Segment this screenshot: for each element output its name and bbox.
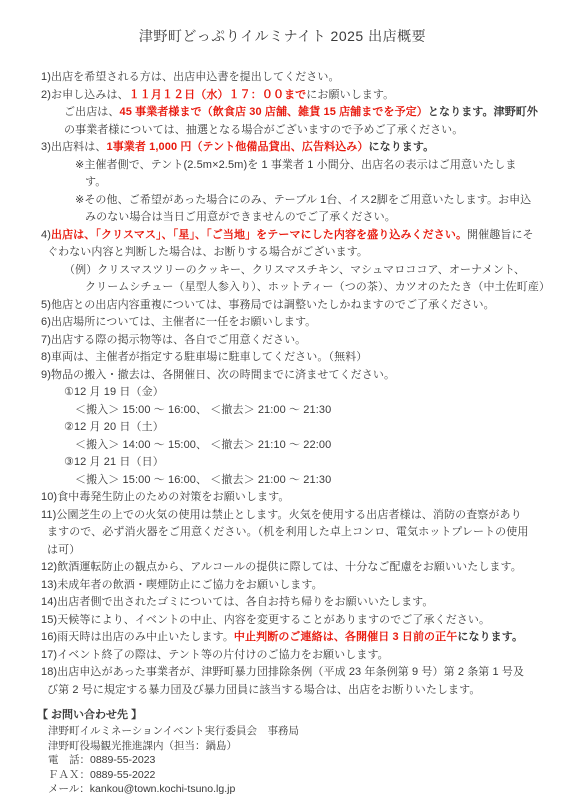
document-line: 18)出店申込があった事業者が、津野町暴力団排除条例（平成 23 年条例第 9 …: [0, 664, 565, 682]
document-line: 11)公園芝生の上での火気の使用は禁止とします。火気を使用する出店者様は、消防の…: [0, 507, 565, 525]
document-line: ご出店は、45 事業者様まで（飲食店 30 店舗、雑貨 15 店舗までを予定）と…: [0, 104, 565, 122]
text-segment: ＜搬入＞ 15:00 ～ 16:00、 ＜撤去＞ 21:00 ～ 21:30: [75, 474, 331, 486]
document-line: ※主催者側で、テント(2.5m×2.5m)を 1 事業者 1 小間分、出店名の表…: [0, 157, 565, 175]
document-line: ②12 月 20 日（土）: [0, 419, 565, 437]
text-segment: になります。: [457, 631, 523, 643]
document-line: （例）クリスマスツリーのクッキー、クリスマスチキン、マシュマロココア、オーナメン…: [0, 262, 565, 280]
document-line: 16)雨天時は出店のみ中止いたします。中止判断のご連絡は、各開催日 3 日前の正…: [0, 629, 565, 647]
text-segment: 1)出店を希望される方は、出店申込書を提出してください。: [41, 71, 340, 83]
text-segment: す。: [85, 176, 106, 188]
text-segment: 12)飲酒運転防止の観点から、アルコールの提供に際しては、十分なご配慮をお願いい…: [41, 561, 522, 573]
text-segment: ぐわない内容と判断した場合は、お断りする場合がございます。: [47, 246, 368, 258]
text-segment: 13)未成年者の飲酒・喫煙防止にご協力をお願いします。: [41, 579, 323, 591]
text-segment: クリームシチュー（星型人参入り）、ホットティー（つの茶）、カツオのたたき（中土佐…: [85, 281, 550, 293]
contact-line: 電 話：0889-55-2023: [37, 753, 545, 768]
document-line: 13)未成年者の飲酒・喫煙防止にご協力をお願いします。: [0, 577, 565, 595]
text-segment: 9)物品の搬入・撤去は、各開催日、次の時間までに済ませてください。: [41, 369, 395, 381]
document-line: 7)出店する際の掲示物等は、各自でご用意ください。: [0, 332, 565, 350]
contact-lines: 津野町イルミネーションイベント実行委員会 事務局津野町役場観光推進課内（担当：鍋…: [37, 724, 545, 797]
document-line: ＜搬入＞ 14:00 ～ 15:00、 ＜撤去＞ 21:10 ～ 22:00: [0, 437, 565, 455]
text-segment: にお願いします。: [306, 89, 394, 101]
document-title: 津野町どっぷりイルミナイト 2025 出店概要: [0, 26, 565, 46]
text-segment: 15)天候等により、イベントの中止、内容を変更することがありますのでご了承くださ…: [41, 614, 490, 626]
document-line: ①12 月 19 日（金）: [0, 384, 565, 402]
document-line: 3)出店料は、1事業者 1,000 円（テント他備品貸出、広告料込み）になります…: [0, 139, 565, 157]
document-line: す。: [0, 174, 565, 192]
text-segment: 4): [41, 229, 51, 241]
document-line: 12)飲酒運転防止の観点から、アルコールの提供に際しては、十分なご配慮をお願いい…: [0, 559, 565, 577]
text-segment: となります。津野町外: [428, 106, 538, 118]
text-segment: 10)食中毒発生防止のための対策をお願いします。: [41, 491, 289, 503]
document-page: 津野町どっぷりイルミナイト 2025 出店概要 1)出店を希望される方は、出店申…: [0, 0, 565, 800]
contact-line: ＦＡＸ：0889-55-2022: [37, 768, 545, 783]
text-segment: 7)出店する際の掲示物等は、各自でご用意ください。: [41, 334, 306, 346]
emphasized-text: 中止判断のご連絡は、各開催日 3 日前の正午: [234, 631, 457, 643]
text-segment: ＜搬入＞ 14:00 ～ 15:00、 ＜撤去＞ 21:10 ～ 22:00: [75, 439, 331, 451]
document-line: ＜搬入＞ 15:00 ～ 16:00、 ＜撤去＞ 21:00 ～ 21:30: [0, 472, 565, 490]
document-line: クリームシチュー（星型人参入り）、ホットティー（つの茶）、カツオのたたき（中土佐…: [0, 279, 565, 297]
document-line: ますので、必ず消火器をご用意ください。（机を利用した卓上コンロ、電気ホットプレー…: [0, 524, 565, 542]
emphasized-text: １１月１２日（水）１７：００まで: [129, 89, 307, 101]
document-line: 6)出店場所については、主催者に一任をお願いします。: [0, 314, 565, 332]
document-line: 10)食中毒発生防止のための対策をお願いします。: [0, 489, 565, 507]
document-line: 1)出店を希望される方は、出店申込書を提出してください。: [0, 69, 565, 87]
document-line: 8)車両は、主催者が指定する駐車場に駐車してください。（無料）: [0, 349, 565, 367]
contact-line: メール：kankou@town.kochi-tsuno.lg.jp: [37, 782, 545, 797]
contact-line: 津野町役場観光推進課内（担当：鍋島）: [37, 739, 545, 754]
emphasized-text: 45 事業者様まで（飲食店 30 店舗、雑貨 15 店舗までを予定）: [120, 106, 428, 118]
document-line: 2)お申し込みは、１１月１２日（水）１７：００までにお願いします。: [0, 87, 565, 105]
document-line: 5)他店との出店内容重複については、事務局では調整いたしかねますのでご了承くださ…: [0, 297, 565, 315]
text-segment: 8)車両は、主催者が指定する駐車場に駐車してください。（無料）: [41, 351, 367, 363]
text-segment: ますので、必ず消火器をご用意ください。（机を利用した卓上コンロ、電気ホットプレー…: [47, 526, 528, 538]
text-segment: 11)公園芝生の上での火気の使用は禁止とします。火気を使用する出店者様は、消防の…: [41, 509, 522, 521]
document-line: ③12 月 21 日（日）: [0, 454, 565, 472]
contact-heading: 【 お問い合わせ先 】: [37, 706, 545, 724]
text-segment: ③12 月 21 日（日）: [64, 456, 164, 468]
document-line: び第 2 号に規定する暴力団及び暴力団員に該当する場合は、出店をお断りいたします…: [0, 682, 565, 700]
emphasized-text: 出店は、「クリスマス」、「星」、「ご当地」をテーマにした内容を盛り込みください。: [51, 229, 467, 241]
text-segment: みのない場合は当日ご用意ができませんのでご了承ください。: [85, 211, 396, 223]
text-segment: 18)出店申込があった事業者が、津野町暴力団排除条例（平成 23 年条例第 9 …: [41, 666, 524, 678]
text-segment: 開催趣旨にそ: [467, 229, 534, 241]
text-segment: び第 2 号に規定する暴力団及び暴力団員に該当する場合は、出店をお断りいたします…: [47, 684, 480, 696]
text-segment: 3)出店料は、: [41, 141, 106, 153]
emphasized-text: 1事業者 1,000 円（テント他備品貸出、広告料込み）: [106, 141, 368, 153]
document-line: 15)天候等により、イベントの中止、内容を変更することがありますのでご了承くださ…: [0, 612, 565, 630]
text-segment: 17)イベント終了の際は、テント等の片付けのご協力をお願いします。: [41, 649, 389, 661]
text-segment: （例）クリスマスツリーのクッキー、クリスマスチキン、マシュマロココア、オーナメン…: [64, 264, 525, 276]
text-segment: は可）: [47, 544, 80, 556]
contact-line: 津野町イルミネーションイベント実行委員会 事務局: [37, 724, 545, 739]
text-segment: 14)出店者側で出されたゴミについては、各自お持ち帰りをお願いいたします。: [41, 596, 434, 608]
contact-section: 【 お問い合わせ先 】 津野町イルミネーションイベント実行委員会 事務局津野町役…: [37, 706, 545, 797]
document-line: ＜搬入＞ 15:00 ～ 16:00、 ＜撤去＞ 21:00 ～ 21:30: [0, 402, 565, 420]
text-segment: ご出店は、: [64, 106, 120, 118]
document-line: 17)イベント終了の際は、テント等の片付けのご協力をお願いします。: [0, 647, 565, 665]
document-line: の事業者様については、抽選となる場合がございますので予めご了承ください。: [0, 122, 565, 140]
document-line: 14)出店者側で出されたゴミについては、各自お持ち帰りをお願いいたします。: [0, 594, 565, 612]
document-line: は可）: [0, 542, 565, 560]
document-line: 9)物品の搬入・撤去は、各開催日、次の時間までに済ませてください。: [0, 367, 565, 385]
text-segment: になります。: [369, 141, 435, 153]
text-segment: ※主催者側で、テント(2.5m×2.5m)を 1 事業者 1 小間分、出店名の表…: [75, 159, 516, 171]
text-segment: 6)出店場所については、主催者に一任をお願いします。: [41, 316, 316, 328]
text-segment: の事業者様については、抽選となる場合がございますので予めご了承ください。: [64, 124, 463, 136]
document-line: ※その他、ご希望があった場合にのみ、テーブル 1台、イス2脚をご用意いたします。…: [0, 192, 565, 210]
text-segment: ※その他、ご希望があった場合にのみ、テーブル 1台、イス2脚をご用意いたします。…: [75, 194, 531, 206]
text-segment: ①12 月 19 日（金）: [64, 386, 164, 398]
text-segment: ＜搬入＞ 15:00 ～ 16:00、 ＜撤去＞ 21:00 ～ 21:30: [75, 404, 331, 416]
text-segment: 2)お申し込みは、: [41, 89, 129, 101]
text-segment: 16)雨天時は出店のみ中止いたします。: [41, 631, 234, 643]
text-segment: ②12 月 20 日（土）: [64, 421, 164, 433]
document-body: 1)出店を希望される方は、出店申込書を提出してください。2)お申し込みは、１１月…: [0, 69, 565, 699]
document-line: 4)出店は、「クリスマス」、「星」、「ご当地」をテーマにした内容を盛り込みくださ…: [0, 227, 565, 245]
document-line: みのない場合は当日ご用意ができませんのでご了承ください。: [0, 209, 565, 227]
text-segment: 5)他店との出店内容重複については、事務局では調整いたしかねますのでご了承くださ…: [41, 299, 495, 311]
document-line: ぐわない内容と判断した場合は、お断りする場合がございます。: [0, 244, 565, 262]
